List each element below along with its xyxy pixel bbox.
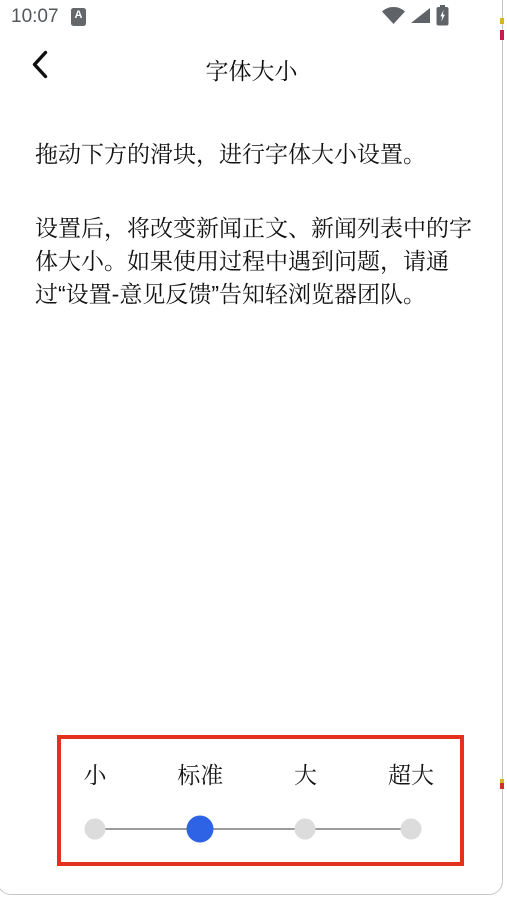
- clock: 10:07: [11, 6, 59, 28]
- slider-option-standard[interactable]: 标准: [145, 763, 255, 787]
- font-size-settings-page: 10:07 A: [0, 0, 507, 901]
- status-bar-right: [382, 0, 449, 36]
- font-size-slider[interactable]: 小 标准 大 超大: [95, 763, 411, 862]
- slider-option-extra-large[interactable]: 超大: [356, 763, 466, 787]
- cellular-signal-icon: [411, 8, 430, 28]
- header: 字体大小: [0, 36, 503, 98]
- screen-edge-artifact: [500, 30, 504, 40]
- slider-option-small[interactable]: 小: [40, 763, 150, 787]
- status-bar: 10:07 A: [0, 0, 503, 36]
- instruction-paragraph: 拖动下方的滑块，进行字体大小设置。: [35, 138, 481, 171]
- description-paragraph: 设置后，将改变新闻正文、新闻列表中的字体大小。如果使用过程中遇到问题，请通过“设…: [35, 212, 481, 311]
- screen-edge-artifact: [500, 18, 504, 24]
- page-title: 字体大小: [0, 53, 503, 86]
- battery-charging-icon: [436, 5, 449, 31]
- notification-app-icon: A: [71, 8, 86, 26]
- slider-dot-standard-selected[interactable]: [187, 816, 214, 843]
- wifi-icon: [382, 7, 405, 29]
- slider-option-label: 超大: [356, 763, 466, 787]
- slider-dot-small[interactable]: [85, 819, 106, 840]
- slider-option-label: 小: [40, 763, 150, 787]
- screen-edge-artifact: [500, 783, 504, 789]
- slider-dot-large[interactable]: [295, 819, 316, 840]
- slider-option-large[interactable]: 大: [250, 763, 360, 787]
- slider-track: [95, 828, 411, 830]
- slider-option-label: 大: [250, 763, 360, 787]
- slider-dot-extra-large[interactable]: [401, 819, 422, 840]
- annotation-box: 小 标准 大 超大: [57, 735, 464, 866]
- slider-option-label: 标准: [145, 763, 255, 787]
